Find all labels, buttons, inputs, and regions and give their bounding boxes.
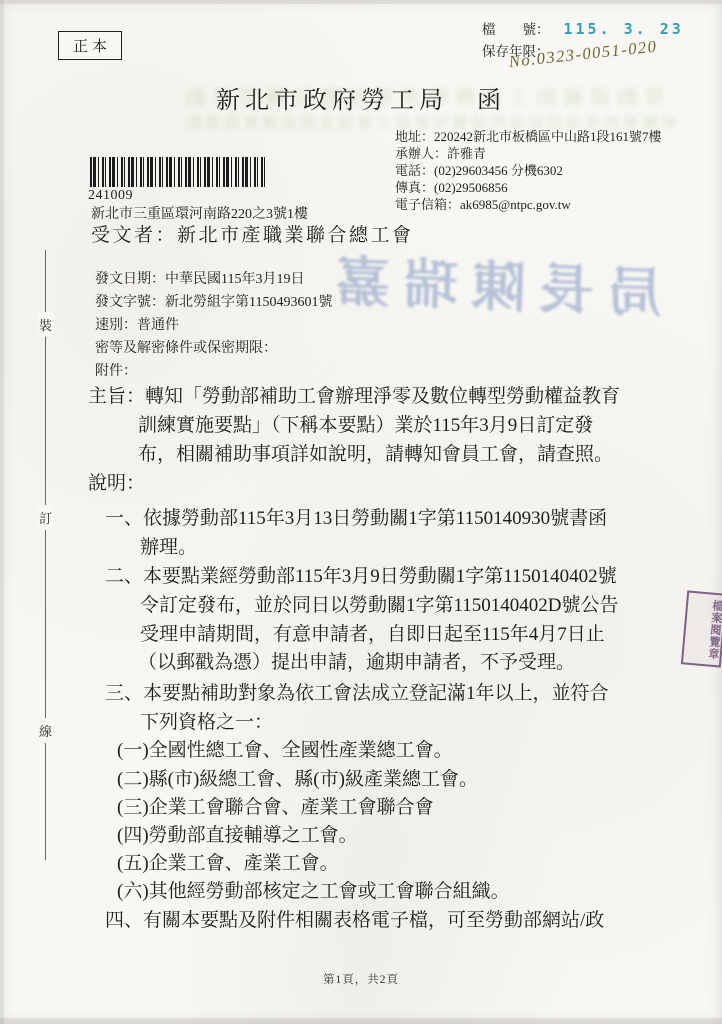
body-line-subject-3: 布，相關補助事項詳如說明，請轉知會員工會，請查照。 — [138, 439, 613, 466]
issue-attachment: 附件： — [95, 360, 332, 383]
issue-metadata-block: 發文日期：中華民國115年3月19日 發文字號：新北勞組字第1150493601… — [95, 268, 332, 383]
issue-security: 密等及解密條件或保密期限： — [95, 337, 332, 360]
binding-margin-line — [45, 250, 46, 860]
body-line-item2-4: （以郵戳為憑）提出申請，逾期申請者，不予受理。 — [138, 647, 575, 674]
body-line-item1-1: 一、依據勞動部115年3月13日勞動關1字第1150140930號書函 — [105, 503, 607, 530]
body-line-item2-1: 二、本要點業經勞動部115年3月9日勞動關1字第1150140402號 — [105, 561, 617, 588]
barcode — [90, 157, 265, 187]
body-line-item3-sub1: (一)全國性總工會、全國性產業總工會。 — [117, 735, 453, 762]
issue-doc-number: 發文字號：新北勞組字第1150493601號 — [95, 291, 332, 314]
sender-contact-block: 地址：220242新北市板橋區中山路1段161號7樓 承辦人：許雅青 電話：(0… — [395, 128, 662, 213]
scan-edge-left — [0, 0, 4, 1024]
scan-edge-top — [0, 0, 722, 4]
body-line-subject-2: 訓練實施要點」（下稱本要點）業於115年3月9日訂定發 — [138, 410, 593, 437]
recipient-line: 受文者：新北市產職業聯合總工會 — [91, 220, 414, 247]
binding-label-ding: 訂 — [37, 505, 54, 530]
body-line-item3-sub4: (四)勞動部直接輔導之工會。 — [117, 820, 358, 847]
body-line-item3-sub6: (六)其他經勞動部核定之工會或工會聯合組織。 — [117, 876, 510, 903]
body-line-subject-1: 主旨：轉知「勞動部補助工會辦理淨零及數位轉型勞動權益教育 — [88, 381, 620, 408]
file-number-label: 檔 號： — [482, 22, 550, 37]
director-seal-stamp: 局長陳瑞嘉 — [291, 238, 663, 328]
barcode-number: 241009 — [88, 188, 133, 204]
copy-type-label: 正本 — [73, 35, 111, 56]
body-line-explanation-header: 說明： — [88, 468, 145, 495]
scanned-official-letter: 勞動部補助工會辦理淨零及數位轉型勞動 相關補助事項詳如說明請轉知會員工會請查照訓… — [0, 0, 722, 1024]
sender-officer: 承辦人：許雅青 — [395, 145, 662, 162]
body-line-item4-1: 四、有關本要點及附件相關表格電子檔，可至勞動部網站/政 — [105, 905, 604, 932]
body-line-item1-2: 辦理。 — [140, 532, 197, 559]
sender-address: 地址：220242新北市板橋區中山路1段161號7樓 — [395, 128, 662, 145]
body-line-item3-sub5: (五)企業工會、產業工會。 — [117, 848, 339, 875]
sender-phone: 電話：(02)29603456 分機6302 — [395, 162, 662, 179]
sender-fax: 傳真：(02)29506856 — [395, 179, 662, 196]
copy-type-box: 正本 — [58, 31, 122, 60]
body-line-item3-sub3: (三)企業工會聯合會、產業工會聯合會 — [117, 792, 434, 819]
binding-label-xian: 線 — [37, 718, 54, 743]
body-line-item3-sub2: (二)縣(市)級總工會、縣(市)級產業總工會。 — [117, 764, 478, 791]
issue-date: 發文日期：中華民國115年3月19日 — [95, 268, 332, 291]
body-line-item3-2: 下列資格之一： — [140, 707, 273, 734]
document-title: 新北市政府勞工局 函 — [0, 80, 722, 115]
sender-email: 電子信箱：ak6985@ntpc.gov.tw — [395, 196, 662, 213]
page-number-footer: 第1頁，共2頁 — [0, 971, 722, 987]
scan-edge-bottom — [0, 1018, 722, 1024]
body-line-item3-1: 三、本要點補助對象為依工會法成立登記滿1年以上，並符合 — [105, 678, 609, 705]
issue-speed: 速別：普通件 — [95, 314, 332, 337]
side-archive-stamp: 檔案閱覽章 — [681, 590, 722, 667]
body-line-item2-2: 令訂定發布，並於同日以勞動關1字第1150140402D號公告 — [140, 590, 619, 617]
body-line-item2-3: 受理申請期間，有意申請者，自即日起至115年4月7日止 — [140, 619, 605, 646]
binding-label-zhuang: 裝 — [37, 312, 54, 337]
